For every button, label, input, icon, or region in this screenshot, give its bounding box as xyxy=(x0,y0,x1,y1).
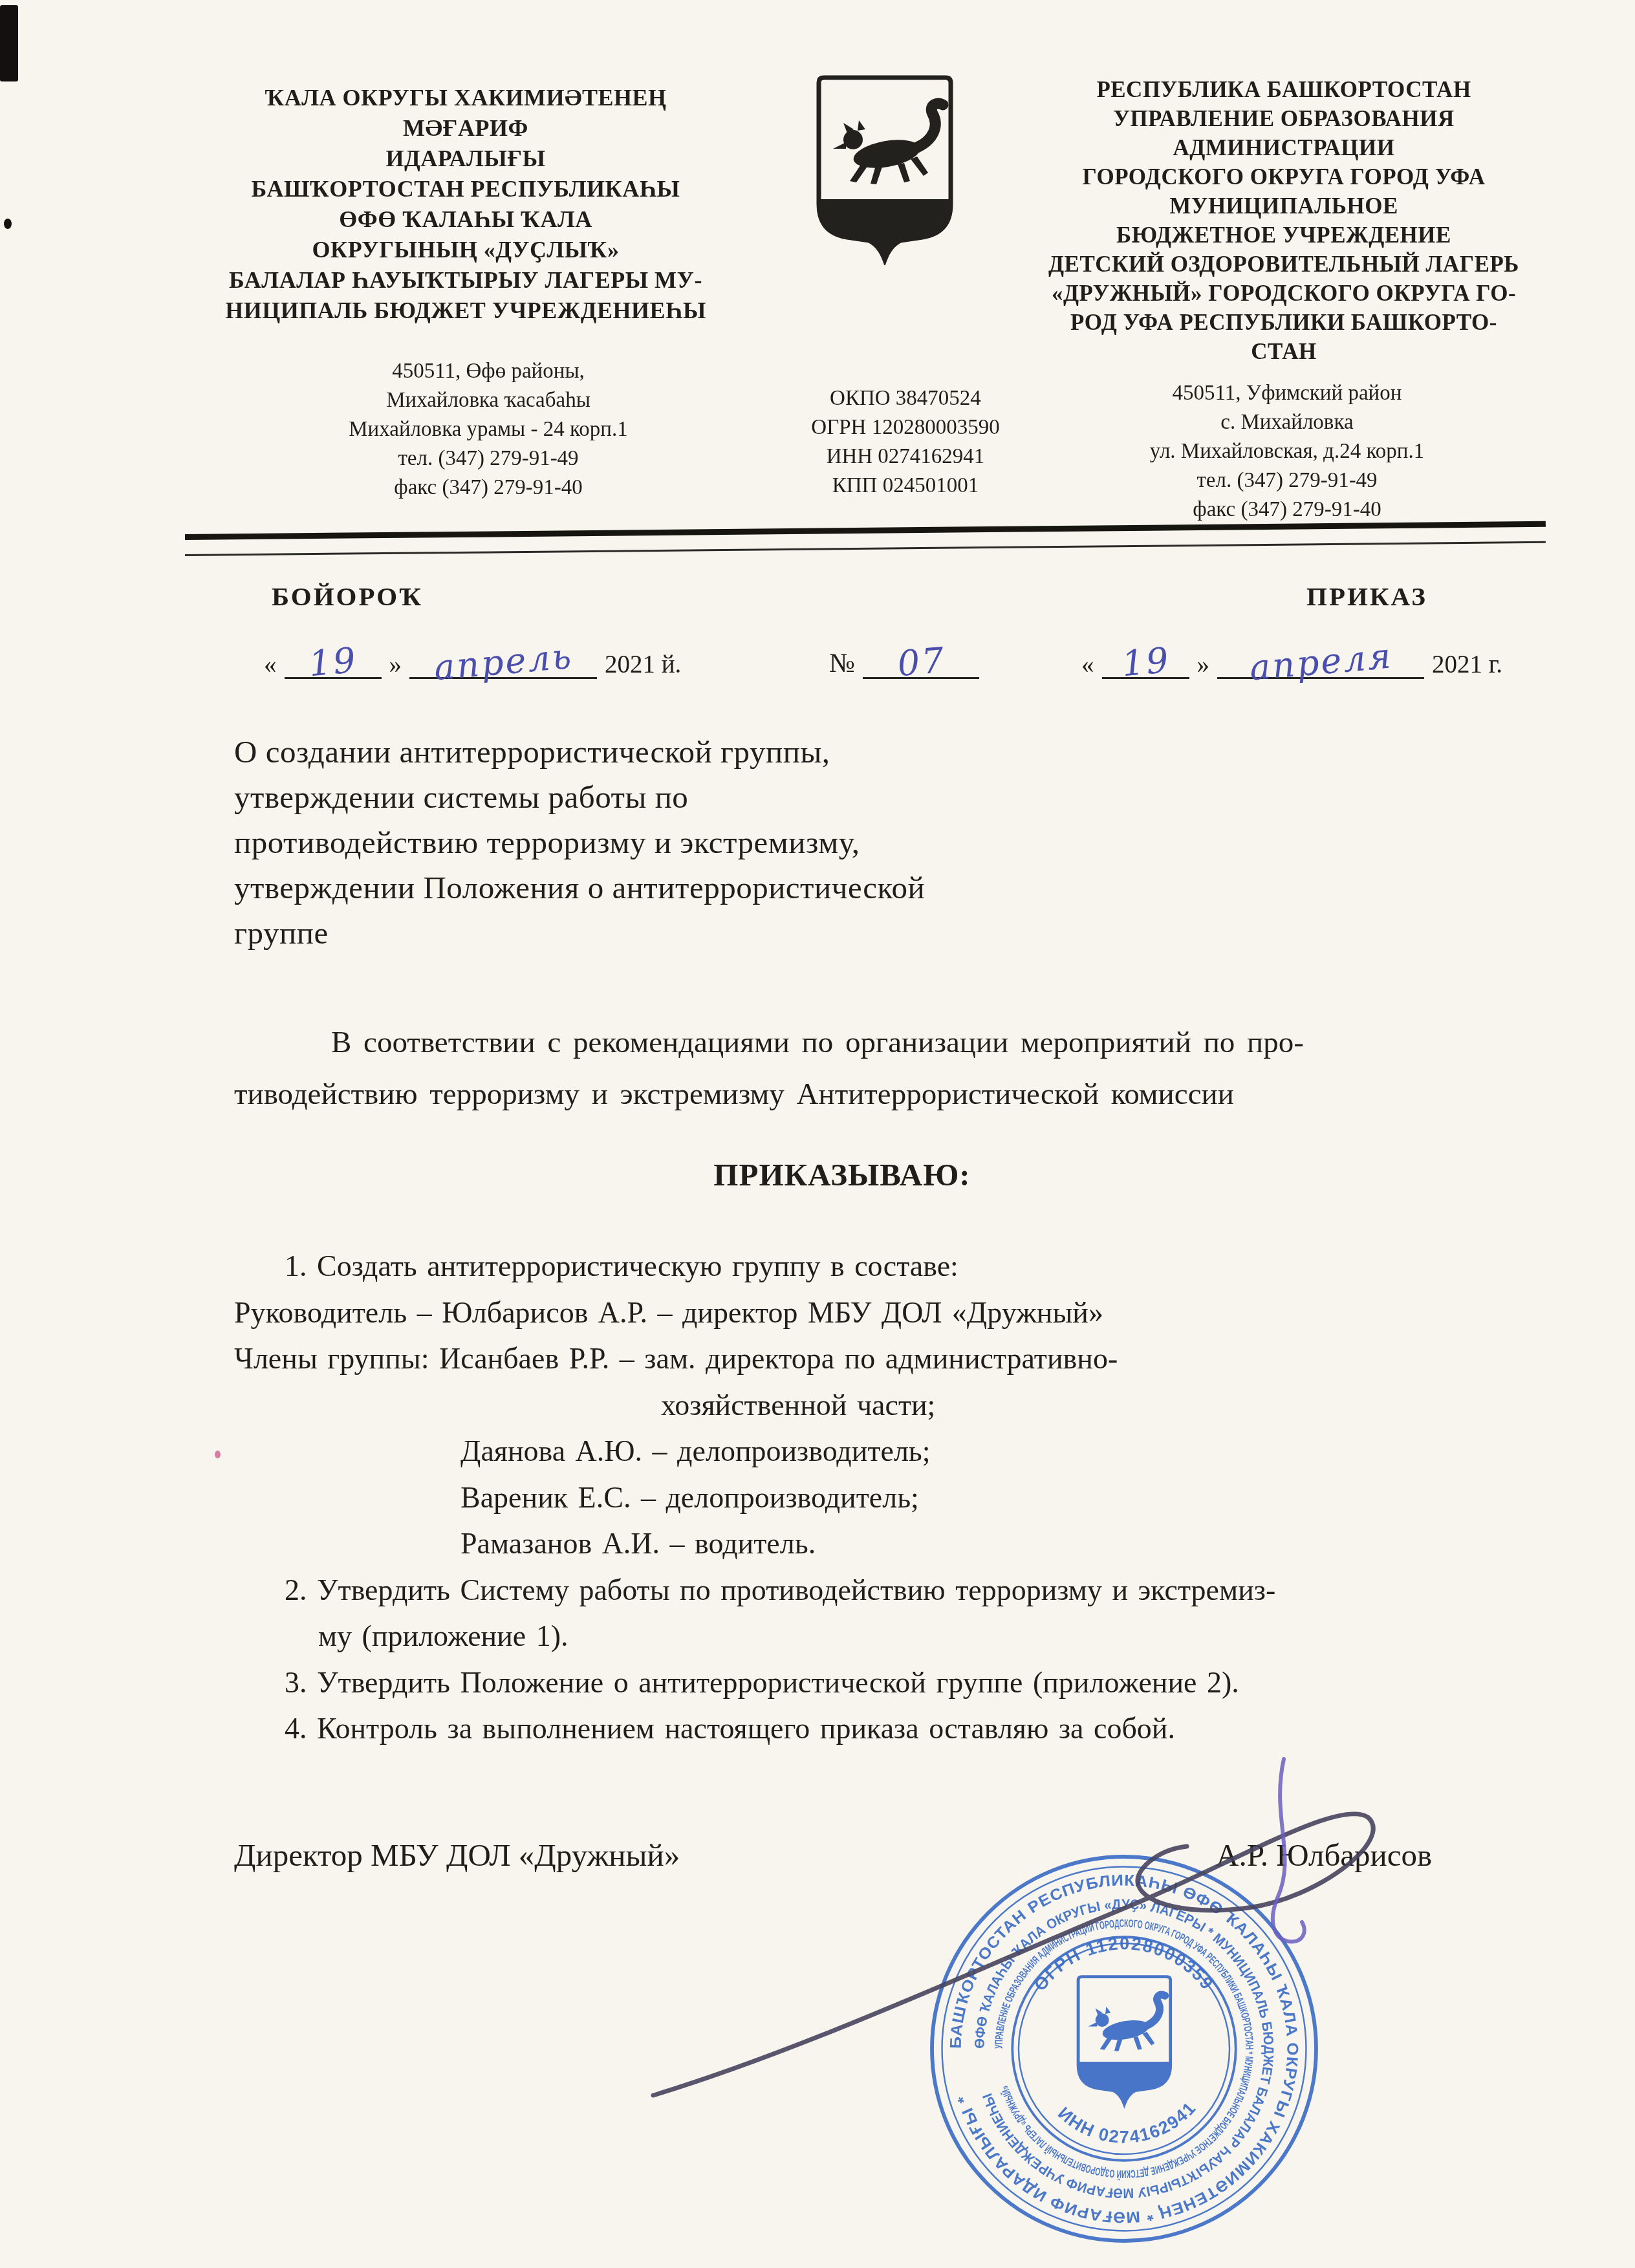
address-line: 450511, Уфимский район xyxy=(1061,379,1513,408)
quote-open: « xyxy=(264,650,277,679)
order-item: хозяйственной части; xyxy=(661,1382,1495,1429)
date-field-bashkir: « 19 » апрель 2021 й. xyxy=(264,636,681,679)
order-number-field: № 07 xyxy=(829,636,979,679)
resolution-word: ПРИКАЗЫВАЮ: xyxy=(234,1156,1450,1193)
body-line: тиводействию терроризму и экстремизму Ан… xyxy=(234,1068,1450,1120)
handwritten-number: 07 xyxy=(896,640,947,684)
month-blank: апреля xyxy=(1217,636,1424,679)
subject-line: утверждении Положения о антитеррористиче… xyxy=(234,865,1127,911)
handwritten-month: апрель xyxy=(433,636,575,689)
day-blank: 19 xyxy=(285,636,382,679)
order-subject: О создании антитеррористической группы, … xyxy=(234,729,1127,956)
handwritten-day: 19 xyxy=(307,640,359,684)
org-line: РОД УФА РЕСПУБЛИКИ БАШКОРТО- xyxy=(977,308,1591,337)
code-line: ОКПО 38470524 xyxy=(747,384,1064,413)
registration-codes: ОКПО 38470524 ОГРН 120280003590 ИНН 0274… xyxy=(747,384,1064,501)
org-line: СТАН xyxy=(977,337,1591,366)
address-line: с. Михайловка xyxy=(1061,408,1513,437)
letterhead-russian-org: РЕСПУБЛИКА БАШКОРТОСТАН УПРАВЛЕНИЕ ОБРАЗ… xyxy=(977,75,1591,366)
address-line: Михайловка урамы - 24 корп.1 xyxy=(278,415,698,444)
handwritten-signature xyxy=(634,1746,1488,2121)
order-preamble: В соответствии с рекомендациями по орган… xyxy=(234,1017,1450,1120)
org-line: ДЕТСКИЙ ОЗДОРОВИТЕЛЬНЫЙ ЛАГЕРЬ xyxy=(977,250,1591,279)
code-line: ОГРН 120280003590 xyxy=(747,413,1064,442)
number-sign: № xyxy=(829,648,855,679)
order-item: 2. Утвердить Систему работы по противоде… xyxy=(285,1567,1495,1614)
org-line: НИЦИПАЛЬ БЮДЖЕТ УЧРЕЖДЕНИЕҺЫ xyxy=(175,296,757,326)
org-line: ҠАЛА ОКРУГЫ ХАКИМИӘТЕНЕҢ xyxy=(175,83,757,113)
order-item: 1. Создать антитеррористическую группу в… xyxy=(285,1243,1495,1290)
org-line: РЕСПУБЛИКА БАШКОРТОСТАН xyxy=(977,75,1591,104)
order-item: Члены группы: Исанбаев Р.Р. – зам. дирек… xyxy=(234,1335,1495,1382)
order-item: 4. Контроль за выполнением настоящего пр… xyxy=(285,1705,1495,1752)
address-line: тел. (347) 279-91-49 xyxy=(278,444,698,473)
scan-artifact-corner xyxy=(0,5,18,81)
subject-line: утверждении системы работы по xyxy=(234,775,1127,820)
date-field-russian: « 19 » апреля 2021 г. xyxy=(1081,636,1502,679)
order-item: Вареник Е.С. – делопроизводитель; xyxy=(460,1474,1495,1521)
order-title-bashkir: БОЙОРОҠ xyxy=(272,581,423,612)
org-line: БЮДЖЕТНОЕ УЧРЕЖДЕНИЕ xyxy=(977,221,1591,250)
handwritten-day: 19 xyxy=(1120,640,1172,684)
address-russian: 450511, Уфимский район с. Михайловка ул.… xyxy=(1061,379,1513,524)
handwritten-month: апреля xyxy=(1248,635,1394,688)
quote-close: » xyxy=(389,650,402,679)
year-label: 2021 г. xyxy=(1432,650,1502,679)
org-line: УПРАВЛЕНИЕ ОБРАЗОВАНИЯ xyxy=(977,104,1591,133)
month-blank: апрель xyxy=(409,636,597,679)
order-items: 1. Создать антитеррористическую группу в… xyxy=(234,1243,1495,1752)
order-item: Руководитель – Юлбарисов А.Р. – директор… xyxy=(234,1290,1495,1336)
code-line: КПП 024501001 xyxy=(747,471,1064,501)
scan-artifact-pink-speck xyxy=(215,1451,221,1458)
address-line: факс (347) 279-91-40 xyxy=(278,473,698,502)
subject-line: противодействию терроризму и экстремизму… xyxy=(234,820,1127,865)
order-item: Даянова А.Ю. – делопроизводитель; xyxy=(460,1428,1495,1474)
body-line: В соответствии с рекомендациями по орган… xyxy=(234,1017,1450,1068)
quote-close: » xyxy=(1197,650,1210,679)
org-line: ГОРОДСКОГО ОКРУГА ГОРОД УФА xyxy=(977,162,1591,191)
letterhead-divider-thick xyxy=(185,521,1546,540)
address-line: Михайловка ҡасабаһы xyxy=(278,386,698,415)
address-line: тел. (347) 279-91-49 xyxy=(1061,466,1513,495)
year-label: 2021 й. xyxy=(605,650,681,679)
org-line: МӘҒАРИФ xyxy=(175,113,757,144)
subject-line: О создании антитеррористической группы, xyxy=(234,729,1127,775)
address-line: ул. Михайловская, д.24 корп.1 xyxy=(1061,437,1513,466)
letterhead-bashkir-org: ҠАЛА ОКРУГЫ ХАКИМИӘТЕНЕҢ МӘҒАРИФ ИДАРАЛЫ… xyxy=(175,83,757,326)
scan-artifact-speck xyxy=(4,219,12,229)
letterhead-divider-thin xyxy=(185,541,1546,556)
org-line: БАШҠОРТОСТАН РЕСПУБЛИКАҺЫ xyxy=(175,174,757,204)
order-item: му (приложение 1). xyxy=(318,1613,1495,1659)
coat-of-arms-icon xyxy=(807,71,962,265)
address-line: факс (347) 279-91-40 xyxy=(1061,495,1513,524)
org-line: ИДАРАЛЫҒЫ xyxy=(175,144,757,174)
day-blank: 19 xyxy=(1102,636,1189,679)
org-line: БАЛАЛАР ҺАУЫҠТЫРЫУ ЛАГЕРЫ МУ- xyxy=(175,265,757,296)
quote-open: « xyxy=(1081,650,1094,679)
org-line: АДМИНИСТРАЦИИ xyxy=(977,133,1591,162)
order-item: 3. Утвердить Положение о антитеррористич… xyxy=(285,1659,1495,1706)
org-line: «ДРУЖНЫЙ» ГОРОДСКОГО ОКРУГА ГО- xyxy=(977,279,1591,308)
org-line: ОКРУГЫНЫҢ «ДУҪЛЫҠ» xyxy=(175,235,757,265)
org-line: ӨФӨ ҠАЛАҺЫ ҠАЛА xyxy=(175,204,757,235)
subject-line: группе xyxy=(234,911,1127,956)
address-line: 450511, Өфө районы, xyxy=(278,357,698,386)
code-line: ИНН 0274162941 xyxy=(747,442,1064,471)
org-line: МУНИЦИПАЛЬНОЕ xyxy=(977,191,1591,221)
address-bashkir: 450511, Өфө районы, Михайловка ҡасабаһы … xyxy=(278,357,698,502)
order-item: Рамазанов А.И. – водитель. xyxy=(460,1520,1495,1567)
signature-position: Директор МБУ ДОЛ «Дружный» xyxy=(234,1837,680,1874)
scanned-order-document: ҠАЛА ОКРУГЫ ХАКИМИӘТЕНЕҢ МӘҒАРИФ ИДАРАЛЫ… xyxy=(0,0,1635,2268)
order-title-russian: ПРИКАЗ xyxy=(1306,581,1427,612)
number-blank: 07 xyxy=(863,636,979,679)
